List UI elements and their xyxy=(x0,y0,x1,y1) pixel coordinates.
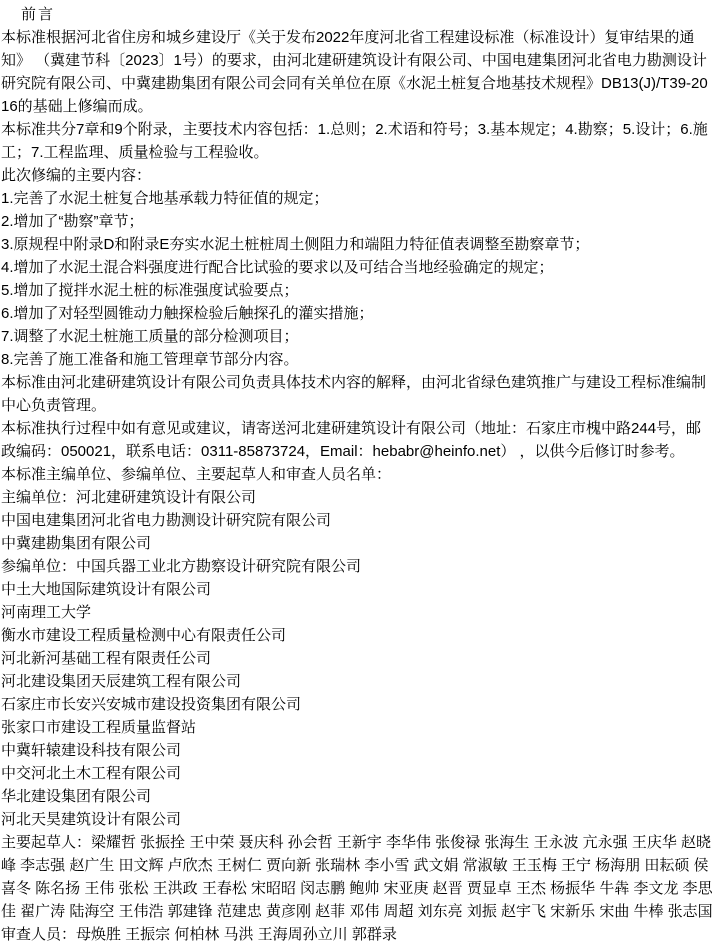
participant-unit-4: 衡水市建设工程质量检测中心有限责任公司 xyxy=(1,624,715,647)
chief-editor-unit-3: 中冀建勘集团有限公司 xyxy=(1,532,715,555)
participant-unit-2: 中土大地国际建筑设计有限公司 xyxy=(1,578,715,601)
revision-item-7: 7.调整了水泥土桩施工质量的部分检测项目； xyxy=(1,325,715,348)
participant-unit-7: 石家庄市长安兴安城市建设投资集团有限公司 xyxy=(1,693,715,716)
drafters-list: 主要起草人：梁耀哲 张振拴 王中荣 聂庆科 孙会哲 王新宇 李华伟 张俊禄 张海… xyxy=(1,831,715,923)
revision-item-6: 6.增加了对轻型圆锥动力触探检验后触探孔的灌实措施； xyxy=(1,302,715,325)
participant-unit-6: 河北建设集团天辰建筑工程有限公司 xyxy=(1,670,715,693)
participant-unit-10: 中交河北土木工程有限公司 xyxy=(1,762,715,785)
participant-unit-11: 华北建设集团有限公司 xyxy=(1,785,715,808)
participant-unit-9: 中冀轩辕建设科技有限公司 xyxy=(1,739,715,762)
chief-editor-unit: 主编单位：河北建研建筑设计有限公司 xyxy=(1,486,715,509)
participant-unit-1: 参编单位：中国兵器工业北方勘察设计研究院有限公司 xyxy=(1,555,715,578)
participant-unit-5: 河北新河基础工程有限责任公司 xyxy=(1,647,715,670)
paragraph-roster-lead: 本标准主编单位、参编单位、主要起草人和审查人员名单： xyxy=(1,463,715,486)
paragraph-feedback: 本标准执行过程中如有意见或建议，请寄送河北建研建筑设计有限公司（地址：石家庄市槐… xyxy=(1,417,715,463)
revision-item-1: 1.完善了水泥土桩复合地基承载力特征值的规定； xyxy=(1,187,715,210)
revision-item-2: 2.增加了“勘察”章节； xyxy=(1,210,715,233)
revision-item-3: 3.原规程中附录D和附录E夯实水泥土桩桩周土侧阻力和端阻力特征值表调整至勘察章节… xyxy=(1,233,715,256)
chief-editor-unit-2: 中国电建集团河北省电力勘测设计研究院有限公司 xyxy=(1,509,715,532)
paragraph-interpretation: 本标准由河北建研建筑设计有限公司负责具体技术内容的解释，由河北省绿色建筑推广与建… xyxy=(1,371,715,417)
revision-item-8: 8.完善了施工准备和施工管理章节部分内容。 xyxy=(1,348,715,371)
participant-unit-12: 河北天昊建筑设计有限公司 xyxy=(1,808,715,831)
participant-unit-3: 河南理工大学 xyxy=(1,601,715,624)
participant-unit-8: 张家口市建设工程质量监督站 xyxy=(1,716,715,739)
paragraph-revision-lead: 此次修编的主要内容： xyxy=(1,164,715,187)
page-title: 前言 xyxy=(1,3,715,26)
paragraph-basis: 本标准根据河北省住房和城乡建设厅《关于发布2022年度河北省工程建设标准（标准设… xyxy=(1,26,715,118)
revision-item-5: 5.增加了搅拌水泥土桩的标准强度试验要点； xyxy=(1,279,715,302)
preface-page: 前言 本标准根据河北省住房和城乡建设厅《关于发布2022年度河北省工程建设标准（… xyxy=(0,0,716,946)
paragraph-contents: 本标准共分7章和9个附录，主要技术内容包括：1.总则；2.术语和符号；3.基本规… xyxy=(1,118,715,164)
reviewers-list: 审查人员：母焕胜 王振宗 何柏林 马洪 王海周孙立川 郭群录 xyxy=(1,923,715,946)
revision-item-4: 4.增加了水泥土混合料强度进行配合比试验的要求以及可结合当地经验确定的规定； xyxy=(1,256,715,279)
